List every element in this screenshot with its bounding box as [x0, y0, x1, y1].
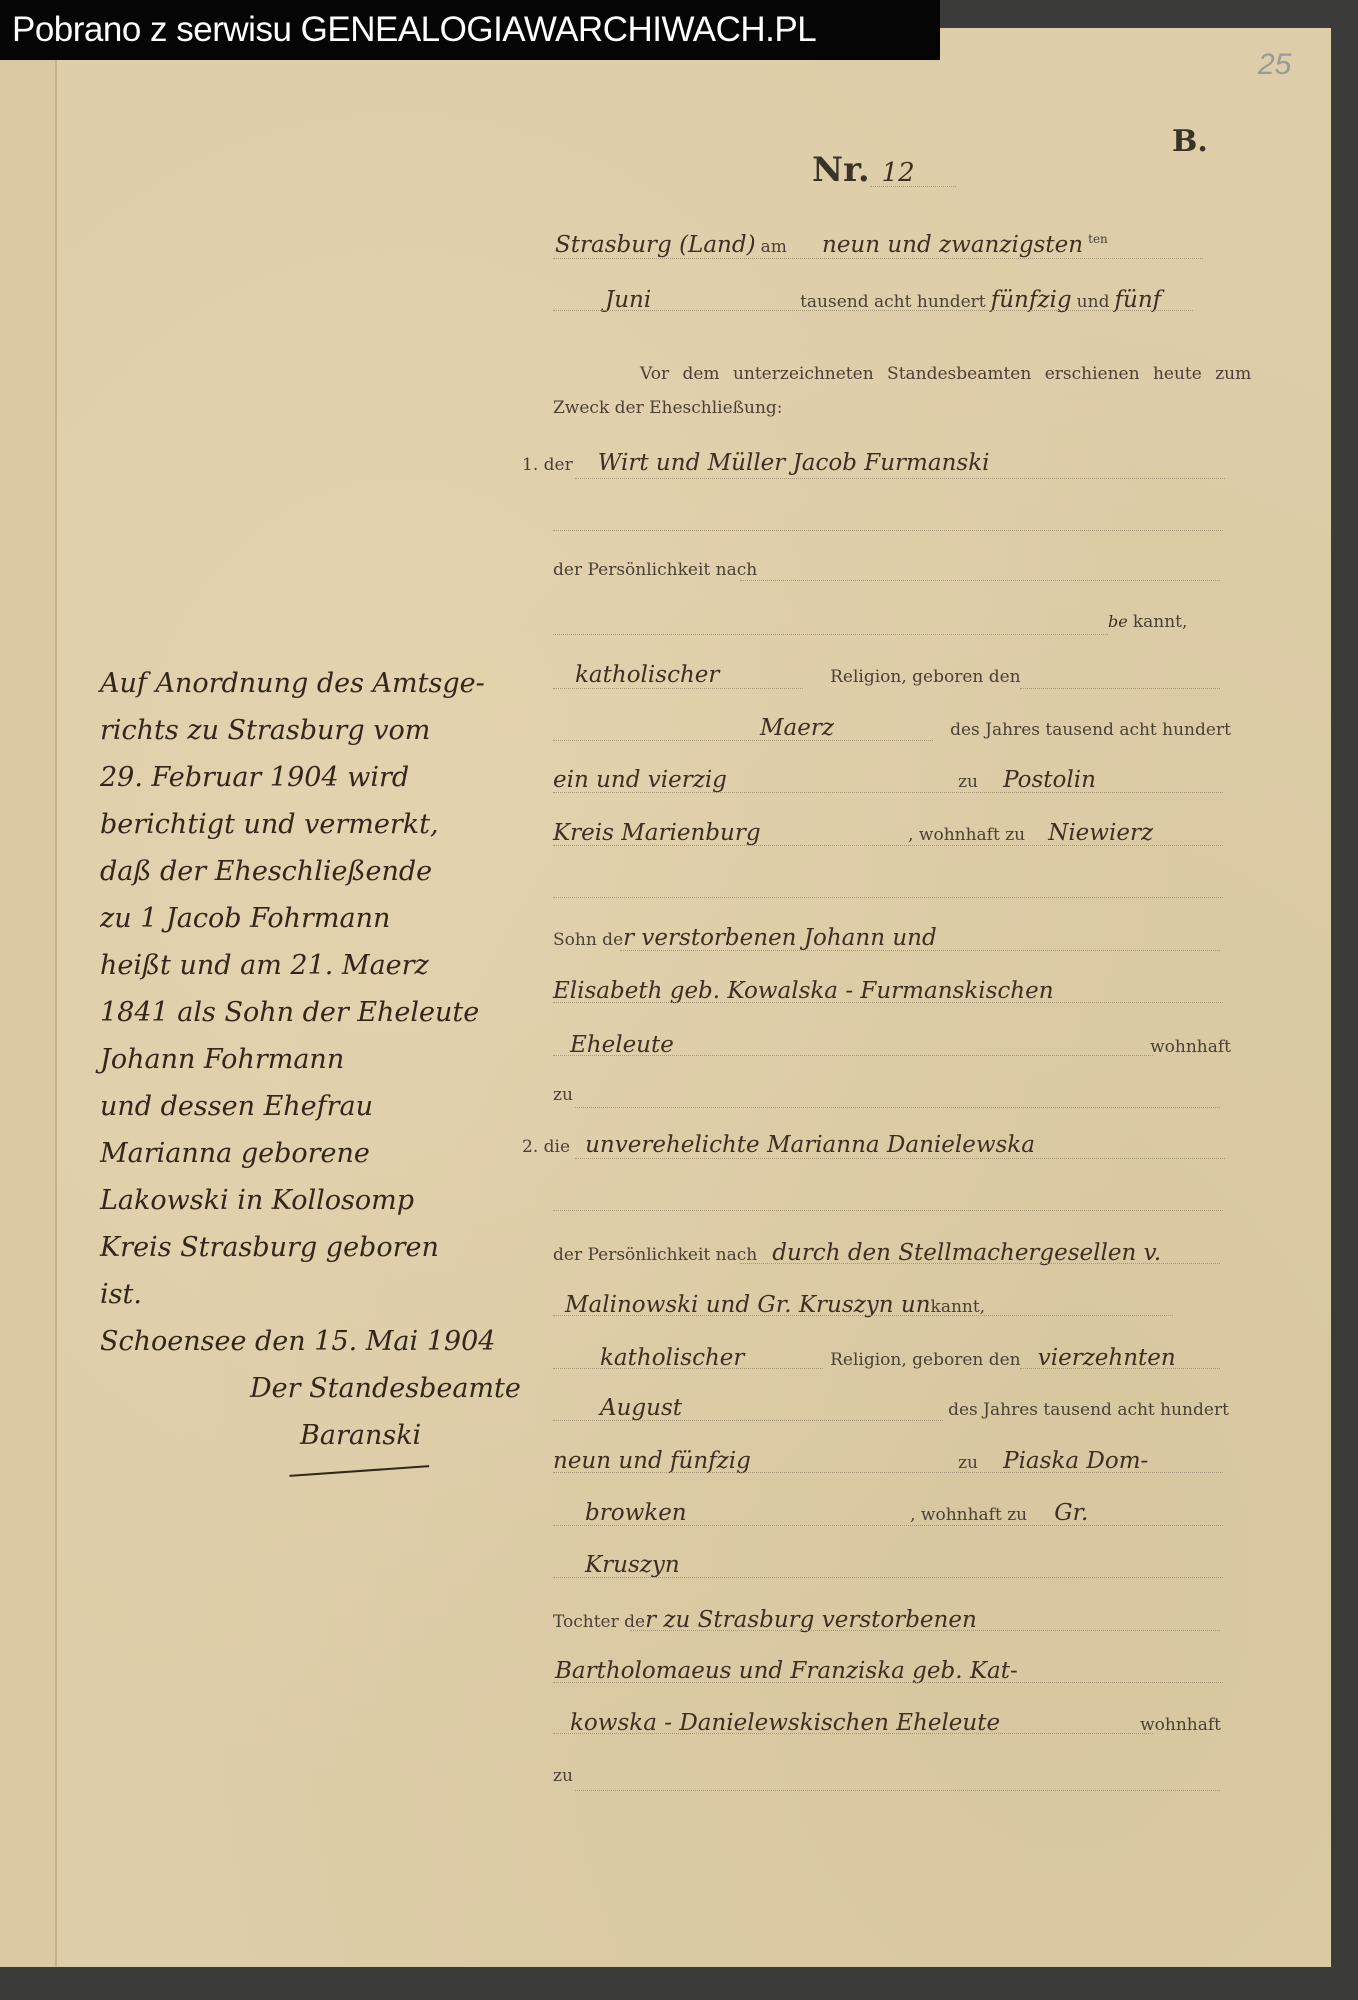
dotted-line	[553, 1055, 1153, 1056]
bride-line: 2. die unverehelichte Marianna Danielews…	[522, 1132, 1035, 1158]
dotted-line	[553, 1577, 1223, 1578]
groom-religion: katholischer	[575, 662, 825, 688]
dotted-line	[553, 634, 1108, 635]
page-number: 25	[1258, 48, 1291, 82]
groom-parents-line-1: Sohn der verstorbenen Johann und	[553, 925, 937, 951]
record-number-value: 12	[882, 158, 915, 188]
note-line: Schoensee den 15. Mai 1904	[100, 1318, 570, 1365]
groom-year-label: des Jahres tausend acht hundert	[950, 720, 1231, 740]
note-line: heißt und am 21. Maerz	[100, 942, 570, 989]
dotted-line	[1020, 688, 1220, 689]
note-line: Marianna geborene	[100, 1130, 570, 1177]
dotted-line	[553, 1472, 1223, 1473]
dotted-line	[740, 1263, 1220, 1264]
groom-religion-label: Religion, geboren den	[830, 667, 1021, 687]
groom-wohnhaft-label: , wohnhaft zu	[908, 825, 1025, 845]
source-banner: Pobrano z serwisu GENEALOGIAWARCHIWACH.P…	[0, 0, 940, 60]
dotted-line	[553, 310, 1193, 311]
groom-zu-label: zu	[958, 772, 978, 792]
dotted-line	[553, 1210, 1223, 1211]
groom-parents-1: r verstorbenen Johann und	[623, 925, 937, 951]
groom-birth-month: Maerz	[760, 715, 945, 741]
note-line: daß der Eheschließende	[100, 848, 570, 895]
form-letter: B.	[1172, 124, 1208, 159]
dotted-line	[575, 1790, 1220, 1791]
day-suffix: ten	[1088, 232, 1108, 246]
dotted-line	[553, 1525, 1223, 1526]
bride-wohnhaft-2: wohnhaft	[1140, 1715, 1221, 1735]
dotted-line	[553, 897, 1223, 898]
groom-line: 1. der Wirt und Müller Jacob Furmanski	[522, 450, 989, 476]
bride-tochter-label: Tochter de	[553, 1612, 645, 1632]
note-line: richts zu Strasburg vom	[100, 707, 570, 754]
groom-birth-year: ein und vierzig	[553, 767, 953, 793]
note-line: ist.	[100, 1271, 570, 1318]
dotted-line	[553, 1315, 1173, 1316]
intro-line-1: Vor dem unterzeichneten Standesbeamten e…	[640, 364, 1251, 384]
dotted-line	[575, 1107, 1220, 1108]
dotted-line	[553, 1368, 823, 1369]
bride-religion-label: Religion, geboren den	[830, 1350, 1021, 1370]
groom-known-label: kannt,	[1133, 612, 1188, 632]
margin-correction-note: Auf Anordnung des Amtsge- richts zu Stra…	[100, 660, 570, 1459]
dotted-line	[553, 1733, 1153, 1734]
note-line: 1841 als Sohn der Eheleute	[100, 989, 570, 1036]
und-label: und	[1077, 292, 1110, 312]
bride-birth-place-2: browken	[585, 1500, 905, 1526]
dotted-line	[553, 258, 1203, 259]
dotted-line	[553, 740, 933, 741]
note-line: Lakowski in Kollosomp	[100, 1177, 570, 1224]
note-line: 29. Februar 1904 wird	[100, 754, 570, 801]
bride-pers-label: der Persönlichkeit nach	[553, 1245, 757, 1265]
note-line: zu 1 Jacob Fohrmann	[100, 895, 570, 942]
groom-birth-place: Postolin	[1003, 767, 1096, 793]
bride-residence: Gr.	[1054, 1500, 1088, 1526]
bride-year-label: des Jahres tausend acht hundert	[948, 1400, 1229, 1420]
note-line: Kreis Strasburg geboren	[100, 1224, 570, 1271]
groom-month-line: Maerz des Jahres tausend acht hundert	[760, 715, 1231, 741]
page-fold-strip	[0, 28, 57, 1967]
groom-pers-label: der Persönlichkeit nach	[553, 560, 757, 580]
bride-year-line: neun und fünfzig zu Piaska Dom-	[553, 1448, 1148, 1474]
groom-religion-line: katholischer Religion, geboren den	[575, 662, 1021, 688]
bride-name: unverehelichte Marianna Danielewska	[585, 1132, 1035, 1158]
bride-birth-place: Piaska Dom-	[1003, 1448, 1148, 1474]
bride-wohnhaft-label: , wohnhaft zu	[910, 1505, 1027, 1525]
bride-month-line: August des Jahres tausend acht hundert	[600, 1395, 1229, 1421]
intro-line-2: Zweck der Eheschließung:	[553, 398, 783, 418]
place: Strasburg (Land)	[555, 232, 756, 258]
dotted-line	[1020, 1368, 1220, 1369]
dotted-line	[630, 1630, 1220, 1631]
note-line: Auf Anordnung des Amtsge-	[100, 660, 570, 707]
note-line: Johann Fohrmann	[100, 1036, 570, 1083]
bride-residence-2: Kruszyn	[585, 1552, 680, 1578]
dotted-line	[553, 1682, 1223, 1683]
bride-residence-line: browken , wohnhaft zu Gr.	[585, 1500, 1088, 1526]
bride-birth-month: August	[600, 1395, 943, 1421]
record-number: Nr. 12	[812, 150, 915, 190]
record-number-label: Nr.	[812, 150, 870, 190]
dotted-line	[575, 478, 1225, 479]
groom-birth-place-2: Kreis Marienburg	[553, 820, 903, 846]
bride-zu-2: zu	[553, 1766, 573, 1786]
bride-birth-year: neun und fünfzig	[553, 1448, 953, 1474]
groom-residence: Niewierz	[1048, 820, 1153, 846]
dotted-line	[553, 1420, 943, 1421]
dotted-line	[553, 845, 1223, 846]
groom-known-line: be kannt,	[1108, 612, 1187, 632]
day: neun und zwanzigsten	[822, 232, 1083, 258]
dotted-line	[553, 530, 1223, 531]
groom-year-line: ein und vierzig zu Postolin	[553, 767, 1096, 793]
groom-residence-line: Kreis Marienburg , wohnhaft zu Niewierz	[553, 820, 1153, 846]
dotted-line	[740, 580, 1220, 581]
groom-label: 1. der	[522, 455, 573, 475]
note-line: und dessen Ehefrau	[100, 1083, 570, 1130]
dotted-line	[553, 688, 803, 689]
dotted-line	[553, 792, 1223, 793]
place-date-line-1: Strasburg (Land) am neun und zwanzigsten…	[555, 232, 1108, 258]
note-line: Der Standesbeamte	[100, 1365, 570, 1412]
groom-parents-2: Elisabeth geb. Kowalska - Furmanskischen	[553, 978, 1054, 1004]
dotted-line	[620, 950, 1220, 951]
bride-known-label: kannt,	[931, 1297, 986, 1317]
groom-known-prefix: be	[1108, 612, 1128, 631]
note-line: berichtigt und vermerkt,	[100, 801, 570, 848]
dotted-line	[575, 1158, 1225, 1159]
bride-parents-2: Bartholomaeus und Franziska geb. Kat-	[555, 1658, 1018, 1684]
year-printed: tausend acht hundert	[800, 292, 986, 312]
signature: Baranski	[100, 1412, 570, 1459]
am-label: am	[761, 237, 787, 257]
groom-name: Wirt und Müller Jacob Furmanski	[598, 450, 990, 476]
dotted-line	[553, 1002, 1223, 1003]
bride-zu-label: zu	[958, 1453, 978, 1473]
groom-wohnhaft-2: wohnhaft	[1150, 1037, 1231, 1057]
dotted-line	[870, 186, 956, 187]
